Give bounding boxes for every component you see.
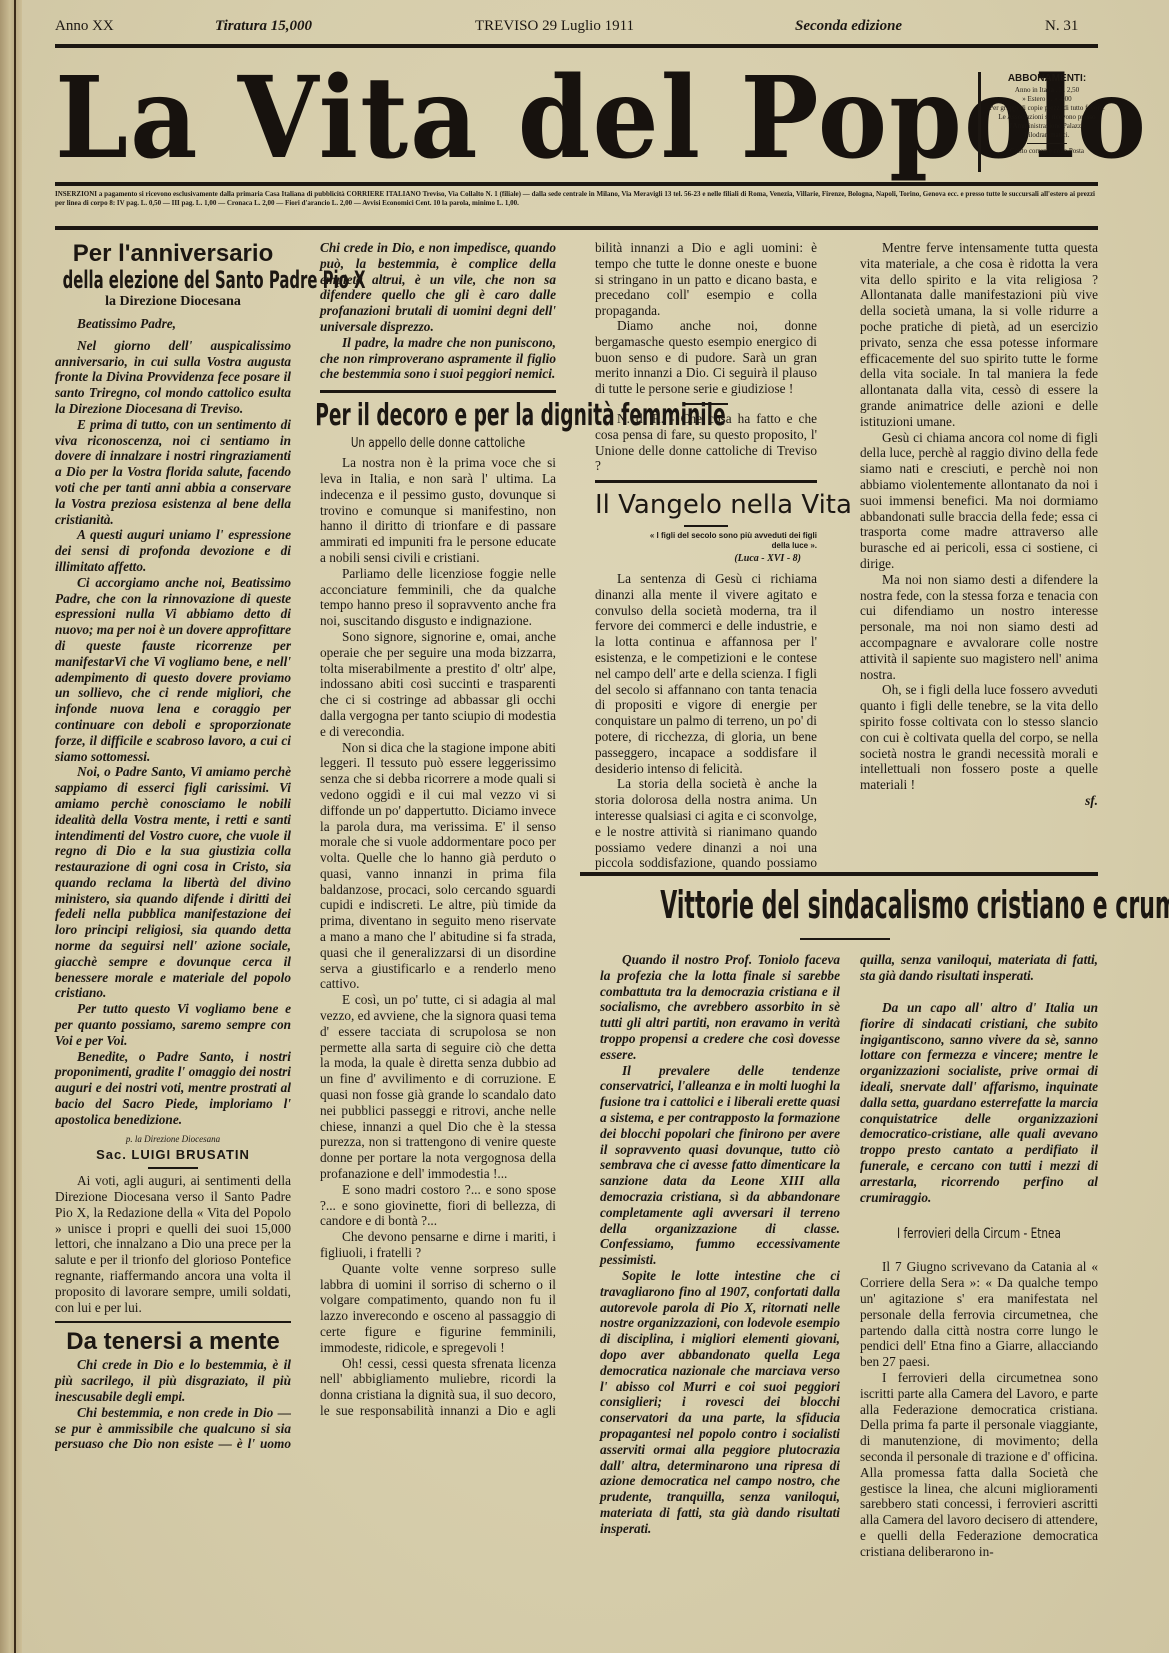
- section-rule: [580, 872, 1098, 876]
- advertising-notice: INSERZIONI a pagamento si ricevono esclu…: [55, 190, 1095, 208]
- paragraph: La sentenza di Gesù ci richiama dinanzi …: [595, 571, 817, 776]
- divider: [684, 525, 728, 527]
- paragraph: Oh! cessi, cessi questa sfrenata licenza…: [320, 1356, 556, 1420]
- paragraph-continued: quilla, senza vaniloqui, materiata di fa…: [860, 952, 1098, 1000]
- paragraph: Diamo anche noi, donne bergamasche quest…: [595, 318, 817, 397]
- issue-number: N. 31: [1045, 18, 1078, 35]
- dateline: TREVISO 29 Luglio 1911: [475, 18, 634, 35]
- redazione-note: Ai voti, agli auguri, ai sentimenti dell…: [55, 1173, 291, 1315]
- subscription-groups: Per gruppi di copie prezzi di tutto favo…: [987, 104, 1107, 113]
- paragraph: E sono madri costoro ?... e sono spose ?…: [320, 1182, 556, 1229]
- paragraph: Nel giorno dell' auspicalissimo annivers…: [55, 338, 291, 417]
- divider: [148, 1167, 198, 1169]
- paragraph: I ferrovieri della circumetnea sono iscr…: [860, 1370, 1098, 1560]
- paragraph: Chi crede in Dio, e non impedisce, quand…: [320, 240, 556, 335]
- vittorie-left-column: Quando il nostro Prof. Toniolo faceva la…: [600, 952, 840, 1536]
- subscription-post: Conto corrente colla Posta: [987, 147, 1107, 156]
- paragraph: Chi crede in Dio e lo bestemmia, è il pi…: [55, 1357, 291, 1404]
- section-rule: [595, 480, 817, 483]
- paragraph: Chi bestemmia, e non crede in Dio — se p…: [55, 1405, 291, 1453]
- byline: la Direzione Diocesana: [55, 292, 291, 312]
- paragraph: Gesù ci chiama ancora col nome di figli …: [860, 430, 1098, 572]
- subheadline: Un appello delle donne cattoliche: [344, 433, 533, 455]
- paragraph: Mentre ferve intensamente tutta questa v…: [860, 240, 1098, 430]
- circulation: Tiratura 15,000: [215, 18, 312, 35]
- headline: Il Vangelo nella Vita: [595, 489, 817, 521]
- masthead-rule: [55, 182, 1098, 186]
- volume-year: Anno XX: [55, 18, 114, 35]
- signature: Sac. LUIGI BRUSATIN: [55, 1147, 291, 1163]
- subscription-box: ABBONAMENTI: Anno in Italia . L. 2,50 » …: [978, 72, 1107, 172]
- vittorie-continued: quilla, senza vaniloqui, materiata di fa…: [860, 952, 1098, 1205]
- paragraph: Parliamo delle licenziose foggie nelle a…: [320, 566, 556, 629]
- column-2: Chi crede in Dio, e non impedisce, quand…: [320, 240, 556, 1420]
- paragraph: Il padre, la madre che non puniscono, ch…: [320, 335, 556, 382]
- binding-edge: [0, 0, 22, 1653]
- paragraph: La nostra non è la prima voce che si lev…: [320, 455, 556, 566]
- paragraph: A questi auguri uniamo l' espressione de…: [55, 527, 291, 574]
- editor-note: N. d. R. - Che cosa ha fatto e che cosa …: [595, 411, 817, 474]
- section-rule: [55, 1321, 291, 1323]
- subscription-abroad: » Estero . . » 4,00: [987, 95, 1107, 104]
- subscription-heading: ABBONAMENTI:: [987, 74, 1107, 83]
- paragraph: Quando il nostro Prof. Toniolo faceva la…: [600, 952, 840, 1063]
- section-rule: [320, 390, 556, 393]
- column-3: bilità innanzi a Dio e agli uomini: è te…: [595, 240, 817, 871]
- paragraph: La storia della società è anche la stori…: [595, 776, 817, 871]
- column-4: Mentre ferve intensamente tutta questa v…: [860, 240, 1098, 809]
- paragraph: Sono signore, signorine e, omai, anche o…: [320, 629, 556, 740]
- notice-rule: [55, 226, 1098, 230]
- paragraph: E prima di tutto, con un sentimento di v…: [55, 417, 291, 528]
- paragraph: Non si dica che la stagione impone abiti…: [320, 740, 556, 993]
- divider: [800, 938, 890, 940]
- subheadline: della elezione del Santo Padre Pio X: [63, 268, 284, 292]
- paragraph: Da un capo all' altro d' Italia un fiori…: [860, 1000, 1098, 1205]
- paragraph: Ma noi non siamo desti a difendere la no…: [860, 572, 1098, 683]
- paragraph: Benedite, o Padre Santo, i nostri propon…: [55, 1049, 291, 1128]
- subscription-italy: Anno in Italia . L. 2,50: [987, 86, 1107, 95]
- paragraph: Che devono pensarne e dirne i mariti, i …: [320, 1229, 556, 1261]
- binding-line: [14, 0, 16, 1653]
- salutation: Beatissimo Padre,: [55, 316, 291, 332]
- article-tenersi-continued: Chi crede in Dio, e non impedisce, quand…: [320, 240, 556, 382]
- epigraph-reference: (Luca - XVI - 8): [595, 551, 817, 567]
- headline: Per il decoro e per la dignità femminile: [315, 399, 561, 433]
- paragraph: Sopite le lotte intestine che ci travagl…: [600, 1268, 840, 1537]
- divider: [1027, 143, 1067, 144]
- headline: Per l'anniversario: [55, 240, 291, 268]
- paragraph: Noi, o Padre Santo, Vi amiamo perchè sap…: [55, 764, 291, 1001]
- paragraph: Il prevalere delle tendenze conservatric…: [600, 1063, 840, 1268]
- signature-prefix: p. la Direzione Diocesana: [55, 1132, 291, 1148]
- paragraph: Per tutto questo Vi vogliamo bene e per …: [55, 1001, 291, 1048]
- paragraph: Ci accorgiamo anche noi, Beatissimo Padr…: [55, 575, 291, 765]
- divider: [684, 403, 728, 405]
- paragraph-continued: bilità innanzi a Dio e agli uomini: è te…: [595, 240, 817, 318]
- subscription-address: Le Associazioni si ricevono presso l'Amm…: [987, 113, 1107, 140]
- signature: sf.: [860, 793, 1098, 809]
- paragraph: E così, un po' tutte, ci si adagia al ma…: [320, 992, 556, 1182]
- paragraph: Oh, se i figli della luce fossero avvedu…: [860, 682, 1098, 793]
- dateline-bar: Anno XX Tiratura 15,000 TREVISO 29 Lugli…: [55, 18, 1095, 40]
- vittorie-right-column: quilla, senza vaniloqui, materiata di fa…: [860, 952, 1098, 1560]
- subhead: I ferrovieri della Circum - Etnea: [890, 1223, 1069, 1245]
- paragraph: Quante volte venne sorpreso sulle labbra…: [320, 1261, 556, 1356]
- edition: Seconda edizione: [795, 18, 902, 35]
- article-anniversario: Per l'anniversario della elezione del Sa…: [55, 240, 291, 1453]
- headline: Vittorie del sindacalismo cristiano e cr…: [660, 880, 1020, 930]
- epigraph: « I figli del secolo sono più avveduti d…: [595, 531, 817, 551]
- paragraph: Il 7 Giugno scrivevano da Catania al « C…: [860, 1259, 1098, 1370]
- headline: Da tenersi a mente: [55, 1327, 291, 1357]
- masthead-title: La Vita del Popolo: [55, 47, 925, 190]
